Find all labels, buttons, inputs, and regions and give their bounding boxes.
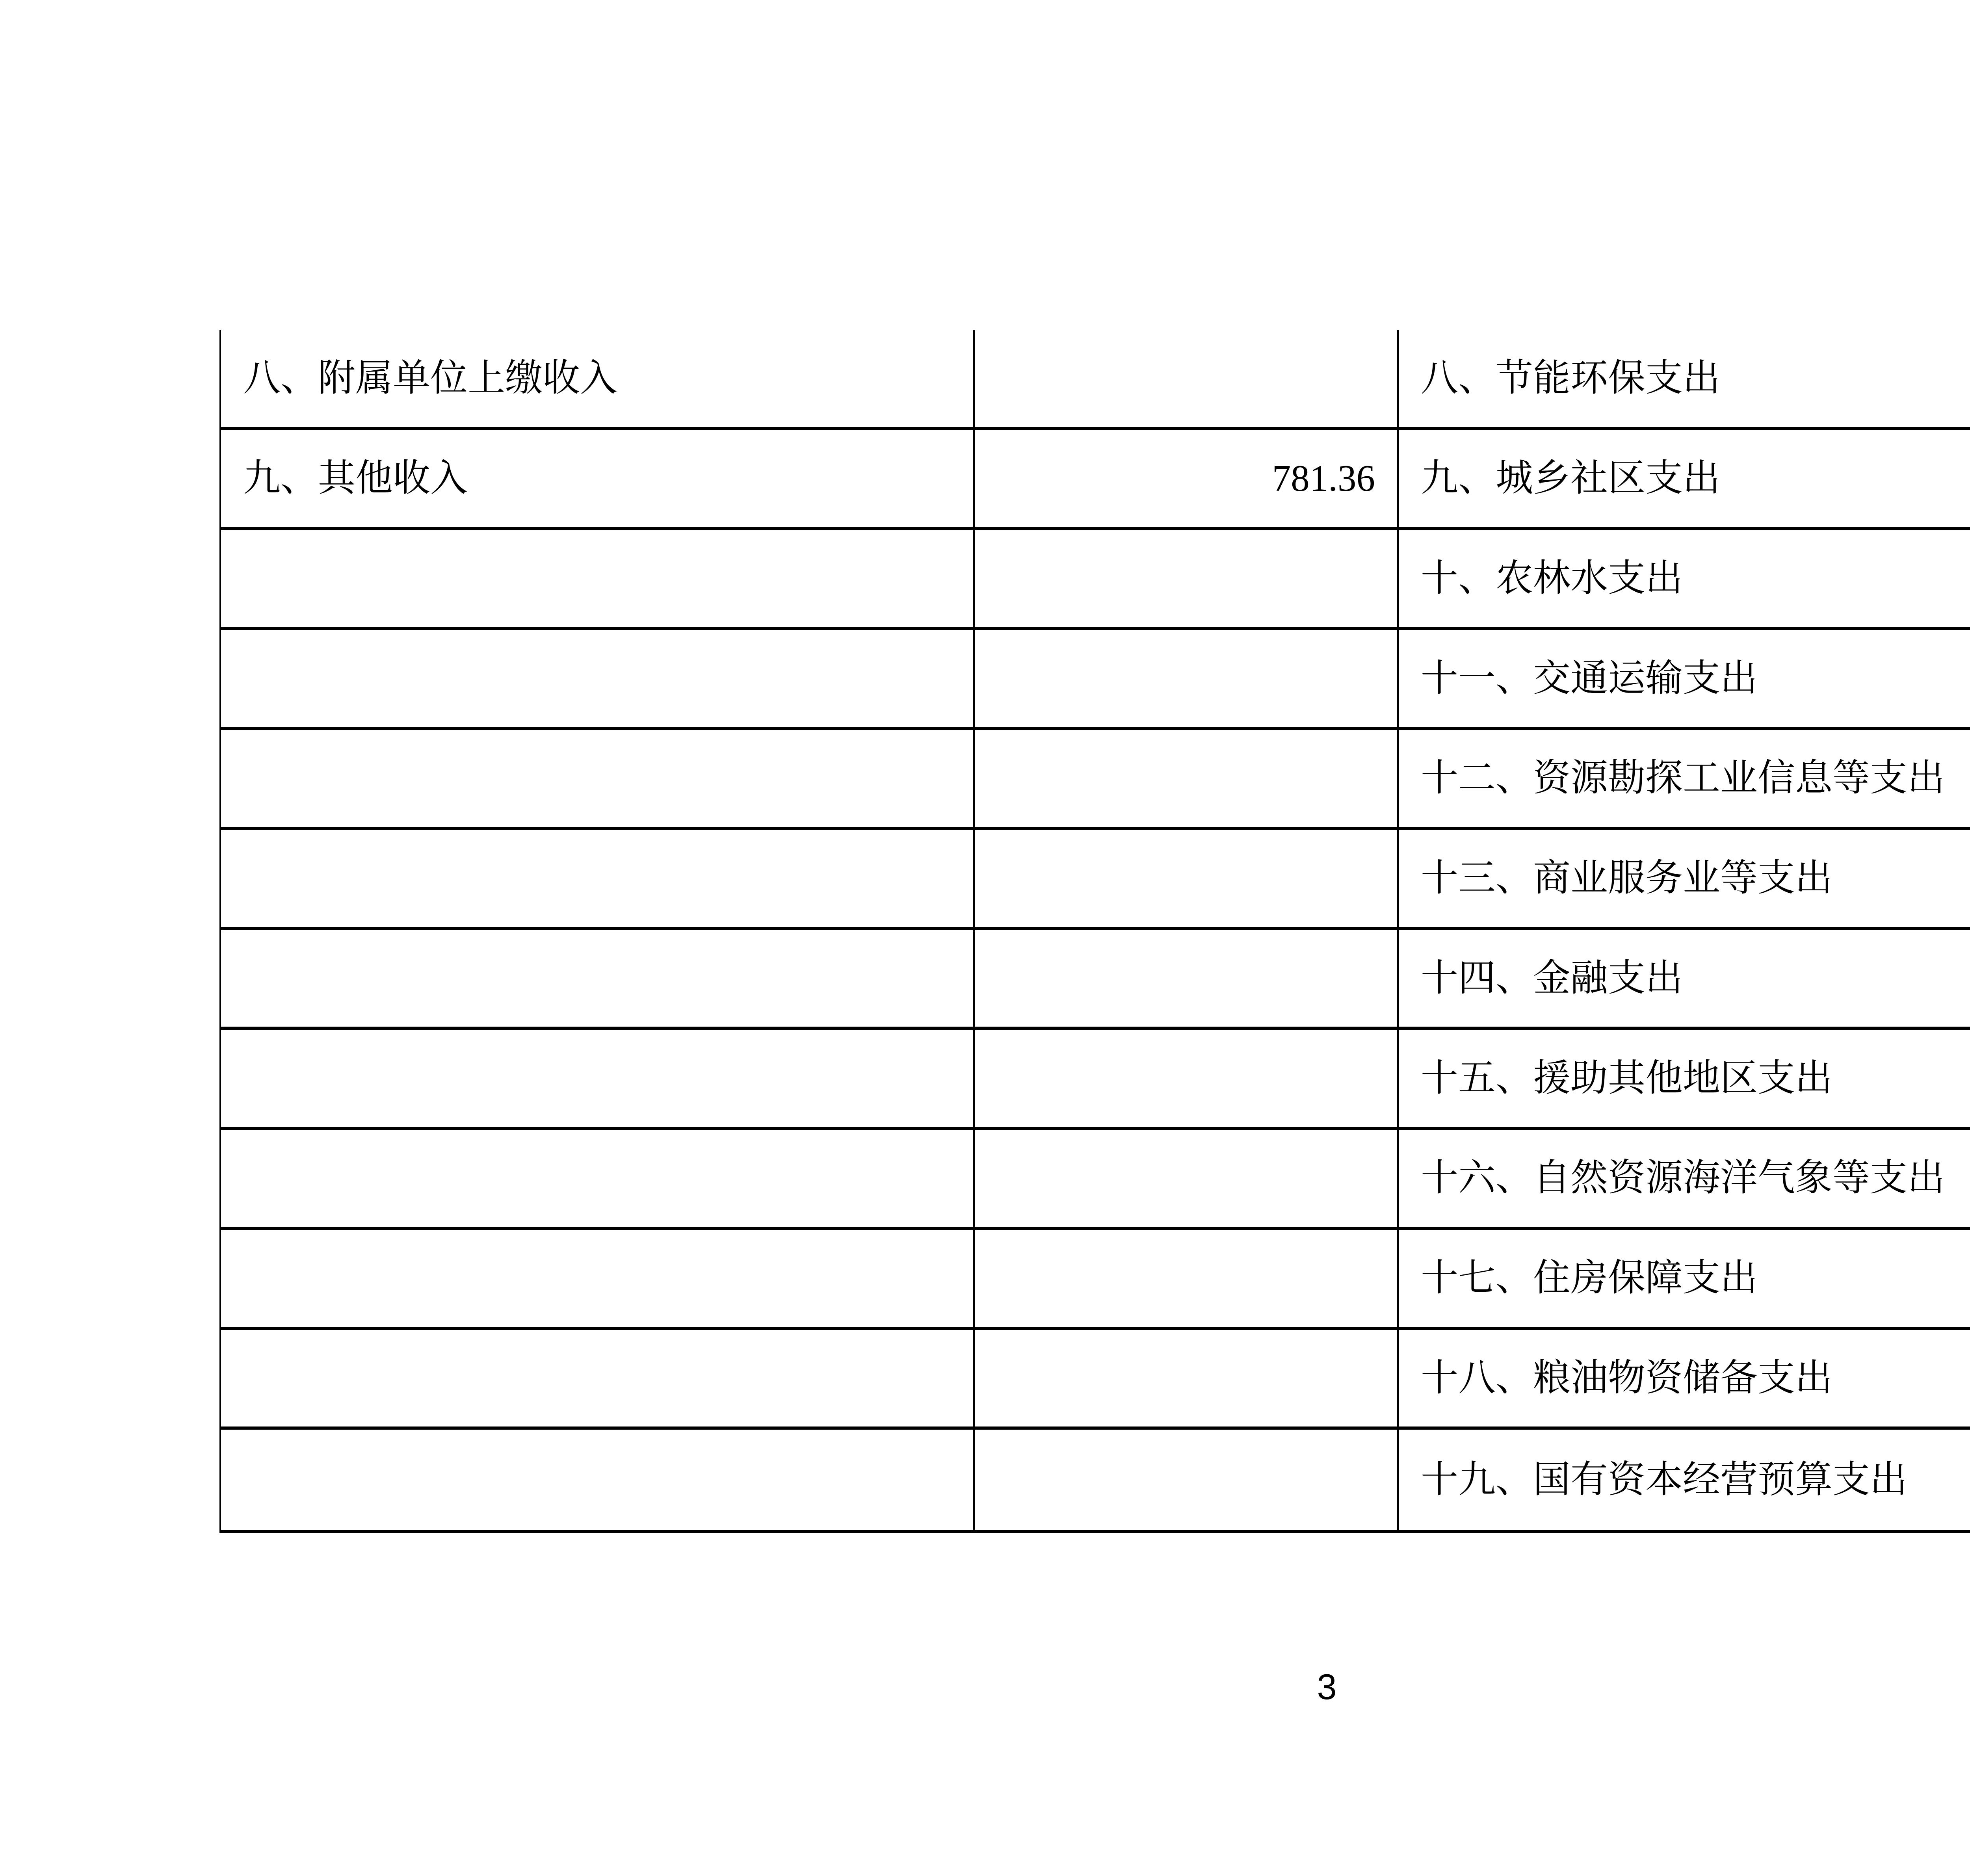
income-amount-cell — [975, 1230, 1399, 1330]
income-amount-cell — [975, 530, 1399, 630]
income-item-cell: 九、其他收入 — [221, 430, 975, 530]
income-amount-cell: 781.36 — [975, 430, 1399, 530]
income-item-cell — [221, 530, 975, 630]
expense-item-cell: 十一、交通运输支出 — [1399, 630, 1970, 730]
expense-item-cell: 十九、国有资本经营预算支出 — [1399, 1430, 1970, 1530]
expense-item-cell: 八、节能环保支出 — [1399, 330, 1970, 430]
income-item-cell — [221, 1130, 975, 1230]
income-item-cell — [221, 730, 975, 830]
expense-item-cell: 九、城乡社区支出 — [1399, 430, 1970, 530]
income-amount-cell — [975, 1030, 1399, 1130]
expense-item-cell: 十三、商业服务业等支出 — [1399, 830, 1970, 930]
expense-item-cell: 十八、粮油物资储备支出 — [1399, 1330, 1970, 1430]
income-amount-cell — [975, 1330, 1399, 1430]
income-amount-cell — [975, 830, 1399, 930]
expense-item-cell: 十七、住房保障支出 — [1399, 1230, 1970, 1330]
income-amount-cell — [975, 330, 1399, 430]
income-item-cell — [221, 630, 975, 730]
income-amount-cell — [975, 1430, 1399, 1530]
income-amount-cell — [975, 1130, 1399, 1230]
income-amount-cell — [975, 930, 1399, 1030]
budget-continuation-table: 八、附属单位上缴收入 八、节能环保支出 九、其他收入 781.36 九、城乡社区… — [219, 330, 1970, 1533]
page-number: 3 — [0, 1670, 1970, 1705]
income-item-cell — [221, 930, 975, 1030]
income-item-cell — [221, 1430, 975, 1530]
expense-item-cell: 十六、自然资源海洋气象等支出 — [1399, 1130, 1970, 1230]
income-item-cell — [221, 1030, 975, 1130]
income-item-cell — [221, 1230, 975, 1330]
expense-item-cell: 十、农林水支出 — [1399, 530, 1970, 630]
income-item-cell: 八、附属单位上缴收入 — [221, 330, 975, 430]
expense-item-cell: 十四、金融支出 — [1399, 930, 1970, 1030]
income-amount-cell — [975, 630, 1399, 730]
expense-item-cell: 十五、援助其他地区支出 — [1399, 1030, 1970, 1130]
expense-item-cell: 十二、资源勘探工业信息等支出 — [1399, 730, 1970, 830]
income-amount-cell — [975, 730, 1399, 830]
income-item-cell — [221, 830, 975, 930]
income-item-cell — [221, 1330, 975, 1430]
